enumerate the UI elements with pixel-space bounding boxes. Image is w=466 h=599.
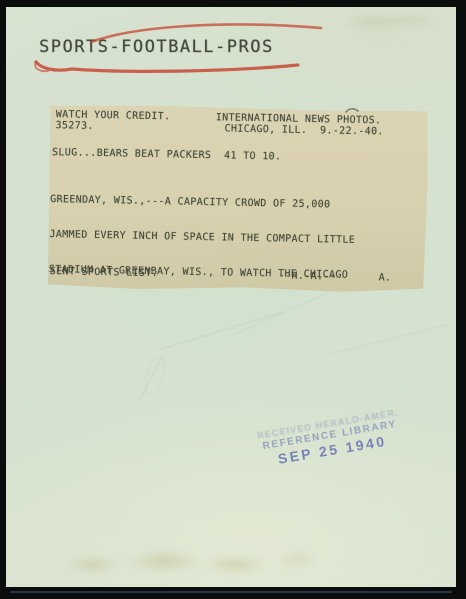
photo-scan: SPORTS-FOOTBALL-PROS WATCH YOUR CREDIT. … (0, 0, 466, 599)
caption-body-line: GREENDAY, WIS.,---A CAPACITY CROWD OF 25… (50, 194, 356, 211)
photo-number: 35273. (55, 120, 93, 132)
agency-city-date: CHICAGO, ILL. 9.-22.-40. (224, 123, 383, 137)
photo-paper-back (6, 7, 456, 587)
sent-list-note: SENT SPORTS LIST. (50, 266, 159, 279)
editor-initial: A. (379, 272, 392, 283)
caption-body-line: JAMMED EVERY INCH OF SPACE IN THE COMPAC… (49, 229, 355, 246)
paper-credit-mark: --H.-A.-- (279, 270, 337, 282)
scan-edge-highlight (10, 591, 452, 593)
red-pencil-marks-icon (25, 16, 335, 80)
caption-slip: WATCH YOUR CREDIT. 35273. INTERNATIONAL … (45, 103, 428, 295)
slug-line: SLUG...BEARS BEAT PACKERS 41 TO 10. (52, 147, 282, 162)
